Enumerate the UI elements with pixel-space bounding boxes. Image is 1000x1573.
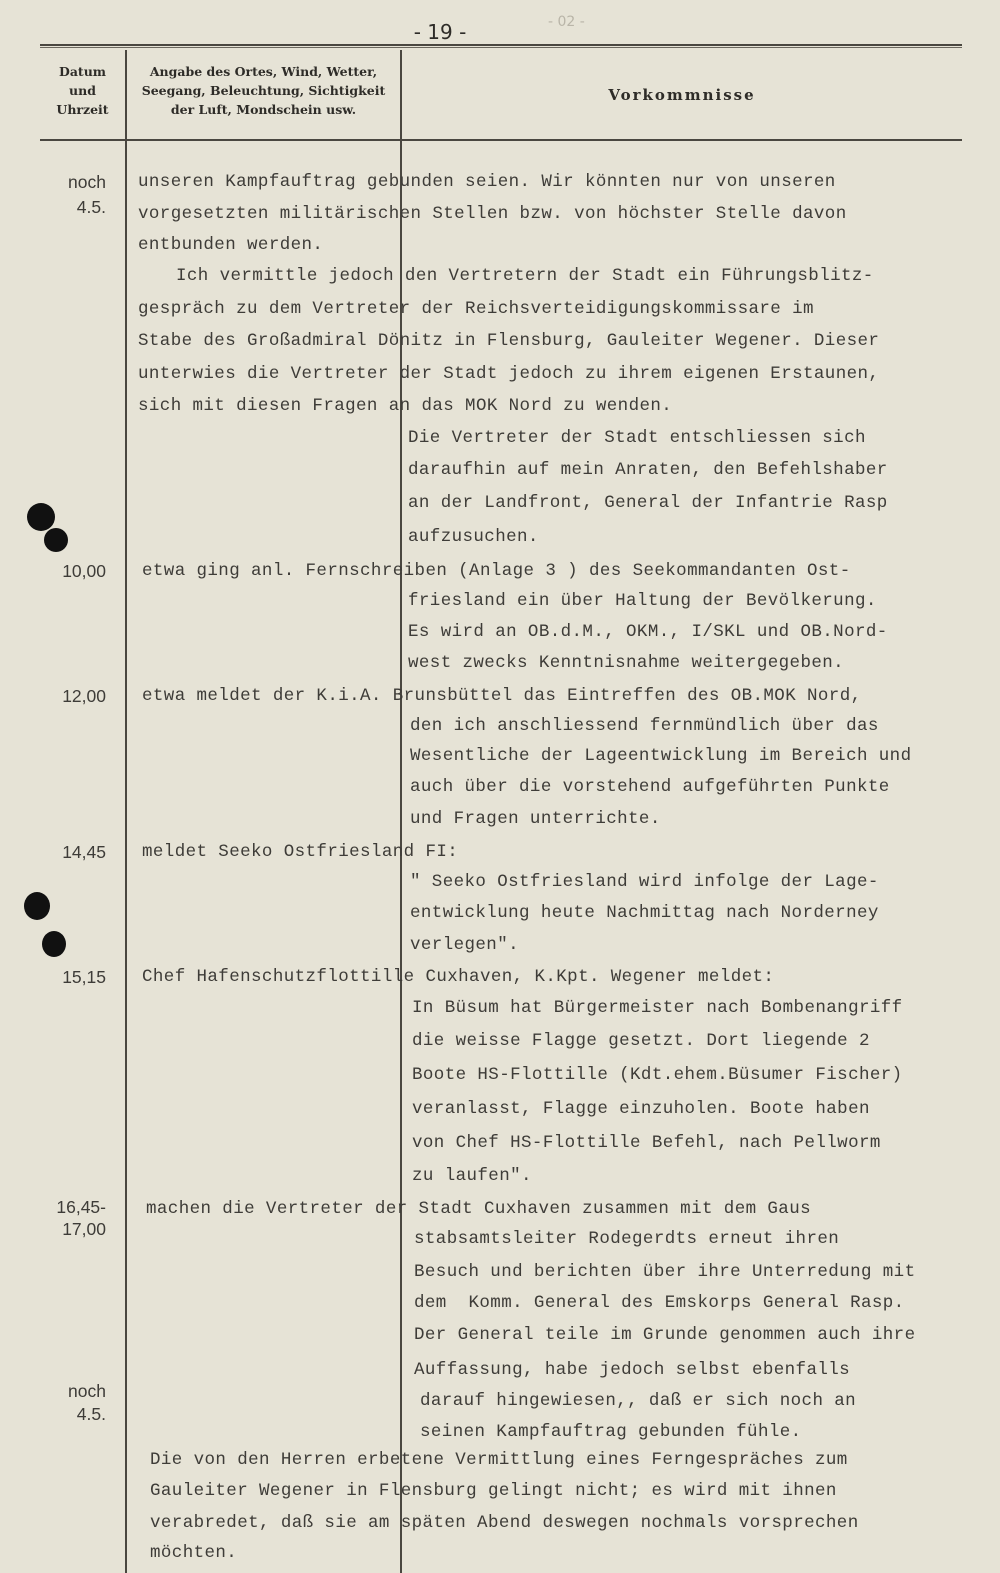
ink-blot	[42, 931, 66, 957]
header-angabe: Angabe des Ortes, Wind, Wetter, Seegang,…	[127, 62, 400, 119]
text-line: machen die Vertreter der Stadt Cuxhaven …	[146, 1199, 811, 1219]
text-line: In Büsum hat Bürgermeister nach Bombenan…	[412, 998, 903, 1018]
text-line: sich mit diesen Fragen an das MOK Nord z…	[138, 396, 672, 416]
page-number: - 19 -	[0, 20, 880, 44]
text-line: unseren Kampfauftrag gebunden seien. Wir…	[138, 172, 836, 192]
text-line: an der Landfront, General der Infantrie …	[408, 493, 888, 513]
text-line: Wesentliche der Lageentwicklung im Berei…	[410, 746, 911, 766]
text-line: seinen Kampfauftrag gebunden fühle.	[420, 1422, 802, 1442]
text-line: Die von den Herren erbetene Vermittlung …	[150, 1450, 848, 1470]
text-line: zu laufen".	[412, 1166, 532, 1186]
text-line: etwa ging anl. Fernschreiben (Anlage 3 )…	[142, 561, 851, 581]
time-entry: 16,45-	[36, 1197, 106, 1218]
text-line: möchten.	[150, 1543, 237, 1563]
time-entry: 17,00	[36, 1219, 106, 1240]
text-line: den ich anschliessend fernmündlich über …	[410, 716, 879, 736]
time-entry: 4.5.	[36, 197, 106, 218]
text-line: entbunden werden.	[138, 235, 323, 255]
text-line: auch über die vorstehend aufgeführten Pu…	[410, 777, 890, 797]
text-line: die weisse Flagge gesetzt. Dort liegende…	[412, 1031, 870, 1051]
text-line: Gauleiter Wegener in Flensburg gelingt n…	[150, 1481, 837, 1501]
column-divider-1	[125, 50, 127, 1573]
header-angabe-line: Seegang, Beleuchtung, Sichtigkeit	[127, 81, 400, 100]
header-angabe-line: Angabe des Ortes, Wind, Wetter,	[127, 62, 400, 81]
text-line: etwa meldet der K.i.A. Brunsbüttel das E…	[142, 686, 862, 706]
text-line: west zwecks Kenntnisnahme weitergegeben.	[408, 653, 844, 673]
text-line: meldet Seeko Ostfriesland FI:	[142, 842, 458, 862]
text-line: und Fragen unterrichte.	[410, 809, 661, 829]
text-line: entwicklung heute Nachmittag nach Norder…	[410, 903, 879, 923]
text-line: vorgesetzten militärischen Stellen bzw. …	[138, 204, 847, 224]
text-line: daraufhin auf mein Anraten, den Befehlsh…	[408, 460, 888, 480]
text-line: Stabe des Großadmiral Dönitz in Flensbur…	[138, 331, 879, 351]
faint-page-number: - 02 -	[548, 14, 585, 30]
text-line: Auffassung, habe jedoch selbst ebenfalls	[414, 1360, 850, 1380]
text-line: darauf hingewiesen,, daß er sich noch an	[420, 1391, 856, 1411]
text-line: stabsamtsleiter Rodegerdts erneut ihren	[414, 1229, 839, 1249]
text-line: Ich vermittle jedoch den Vertretern der …	[176, 266, 874, 286]
text-line: dem Komm. General des Emskorps General R…	[414, 1293, 905, 1313]
header-datum: Datum und Uhrzeit	[40, 62, 125, 119]
header-datum-line: und	[40, 81, 125, 100]
text-line: veranlasst, Flagge einzuholen. Boote hab…	[412, 1099, 870, 1119]
text-line: Chef Hafenschutzflottille Cuxhaven, K.Kp…	[142, 967, 774, 987]
text-line: Die Vertreter der Stadt entschliessen si…	[408, 428, 866, 448]
header-datum-line: Datum	[40, 62, 125, 81]
header-datum-line: Uhrzeit	[40, 100, 125, 119]
time-entry: 15,15	[36, 967, 106, 988]
text-line: " Seeko Ostfriesland wird infolge der La…	[410, 872, 879, 892]
ink-blot	[24, 892, 50, 920]
header-angabe-line: der Luft, Mondschein usw.	[127, 100, 400, 119]
text-line: verabredet, daß sie am späten Abend desw…	[150, 1513, 859, 1533]
text-line: aufzusuchen.	[408, 527, 539, 547]
top-rule	[40, 44, 962, 48]
header-vorkommnisse: Vorkommnisse	[402, 86, 962, 105]
text-line: Boote HS-Flottille (Kdt.ehem.Büsumer Fis…	[412, 1065, 903, 1085]
ink-blot	[44, 528, 68, 552]
text-line: verlegen".	[410, 935, 519, 955]
text-line: von Chef HS-Flottille Befehl, nach Pellw…	[412, 1133, 881, 1153]
time-entry: 4.5.	[36, 1404, 106, 1425]
text-line: unterwies die Vertreter der Stadt jedoch…	[138, 364, 879, 384]
time-entry: noch	[36, 1381, 106, 1402]
time-entry: 14,45	[36, 842, 106, 863]
header-rule	[40, 139, 962, 141]
ink-blot	[27, 503, 55, 531]
text-line: gespräch zu dem Vertreter der Reichsvert…	[138, 299, 814, 319]
text-line: Besuch und berichten über ihre Unterredu…	[414, 1262, 915, 1282]
text-line: friesland ein über Haltung der Bevölkeru…	[408, 591, 877, 611]
text-line: Der General teile im Grunde genommen auc…	[414, 1325, 915, 1345]
time-entry: noch	[36, 172, 106, 193]
text-line: Es wird an OB.d.M., OKM., I/SKL und OB.N…	[408, 622, 888, 642]
time-entry: 12,00	[36, 686, 106, 707]
time-entry: 10,00	[36, 561, 106, 582]
